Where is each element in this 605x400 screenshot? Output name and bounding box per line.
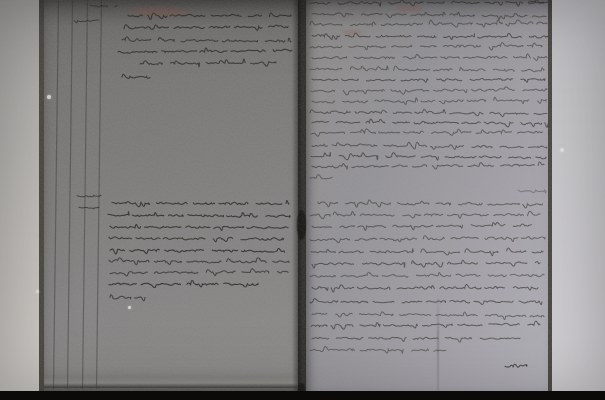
background-right-strip bbox=[550, 0, 605, 393]
right-page bbox=[306, 0, 552, 392]
archival-photo bbox=[0, 0, 605, 400]
left-page-bottom-edge bbox=[44, 377, 298, 388]
background-left-strip bbox=[0, 0, 41, 392]
top-edge-shadow bbox=[39, 0, 552, 26]
photo-black-border bbox=[0, 391, 605, 400]
left-page bbox=[39, 0, 298, 391]
